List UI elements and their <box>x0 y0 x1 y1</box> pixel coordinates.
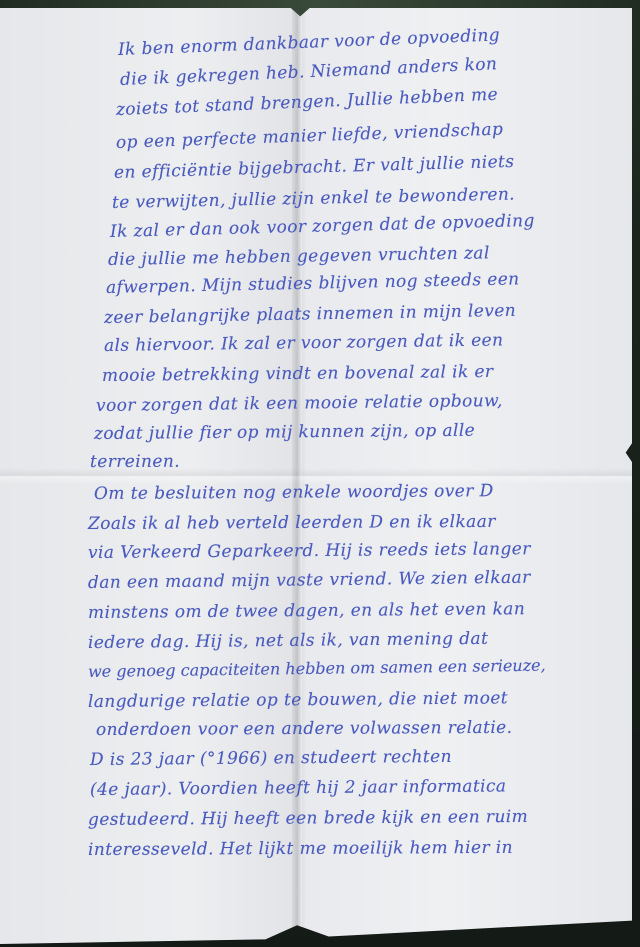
letter-line: als hiervoor. Ik zal er voor zorgen dat … <box>104 330 504 356</box>
letter-line: Ik zal er dan ook voor zorgen dat de opv… <box>110 211 535 242</box>
letter-line: die ik gekregen heb. Niemand anders kon <box>120 54 498 90</box>
letter-line: Om te besluiten nog enkele woordjes over… <box>94 481 494 504</box>
letter-line: interesseveld. Het lijkt me moeilijk hem… <box>88 838 513 860</box>
letter-line: op een perfecte manier liefde, vriendsch… <box>116 119 504 153</box>
letter-line: Ik ben enorm dankbaar voor de opvoeding <box>118 25 501 60</box>
letter-line: zeer belangrijke plaats innemen in mijn … <box>104 301 516 328</box>
letter-line: minstens om de twee dagen, en als het ev… <box>88 599 525 623</box>
letter-line: voor zorgen dat ik een mooie relatie opb… <box>96 391 503 416</box>
letter-line: terreinen. <box>90 452 180 472</box>
letter-line: langdurige relatie op te bouwen, die nie… <box>88 688 508 712</box>
letter-line: te verwijten, jullie zijn enkel te bewon… <box>112 185 515 213</box>
letter-text: Ik ben enorm dankbaar voor de opvoeding … <box>0 0 640 947</box>
letter-line: mooie betrekking vindt en bovenal zal ik… <box>102 362 494 386</box>
letter-line: dan een maand mijn vaste vriend. We zien… <box>88 568 531 593</box>
letter-line: via Verkeerd Geparkeerd. Hij is reeds ie… <box>88 539 531 563</box>
letter-line: zodat jullie fier op mij kunnen zijn, op… <box>94 421 475 444</box>
letter-line: D is 23 jaar (°1966) en studeert rechten <box>90 747 452 770</box>
letter-line: iedere dag. Hij is, net als ik, van meni… <box>88 629 488 653</box>
letter-line: onderdoen voor een andere volwassen rela… <box>96 718 513 740</box>
letter-line: die jullie me hebben gegeven vruchten za… <box>108 243 490 270</box>
letter-line: we genoeg capaciteiten hebben om samen e… <box>88 656 546 681</box>
letter-line: afwerpen. Mijn studies blijven nog steed… <box>106 269 520 298</box>
letter-line: gestudeerd. Hij heeft een brede kijk en … <box>88 807 528 830</box>
letter-line: Zoals ik al heb verteld leerden D en ik … <box>88 512 496 534</box>
letter-line: en efficiëntie bijgebracht. Er valt jull… <box>114 152 515 183</box>
letter-line: (4e jaar). Voordien heeft hij 2 jaar inf… <box>90 776 507 800</box>
letter-line: zoiets tot stand brengen. Jullie hebben … <box>116 85 499 120</box>
